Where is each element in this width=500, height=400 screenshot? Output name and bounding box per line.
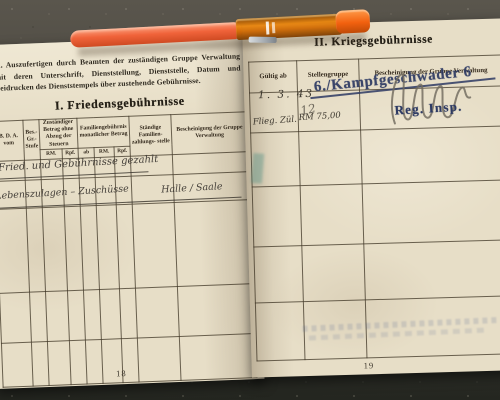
table-row: [1, 333, 257, 387]
page-number-left: 18: [116, 368, 127, 378]
col-header-zahlstelle: Ständige Familien- zahlungs- stelle: [129, 115, 173, 157]
table-row: [0, 200, 253, 294]
instruction-paragraph-a: A.Auszufertigen durch Beamten der zustän…: [0, 49, 241, 94]
peacetime-pay-table: B. D. A. vom Bes.- Gr.- Stufe Zuständige…: [0, 111, 257, 388]
photo-of-open-paybook: A.Auszufertigen durch Beamten der zustän…: [0, 0, 500, 400]
col-header-bescheinigung-left: Bescheinigung der Gruppe Verwaltung: [171, 112, 248, 155]
pen-clip: [249, 37, 277, 43]
table-row: [254, 240, 500, 303]
pen-push-button: [335, 9, 370, 34]
pen-barrel-print: [272, 22, 276, 33]
subcol-rpf-1: Rpf.: [62, 148, 78, 159]
col-header-familie: Familiengebührnis monatlicher Betrag: [77, 116, 130, 148]
pen-barrel-print: [266, 21, 270, 34]
pen-grip-section: [70, 22, 243, 48]
right-page: II. Kriegsgebührnisse Gültig ab Stelleng…: [242, 18, 500, 377]
faint-teal-stamp-remnant: [251, 153, 264, 184]
paragraph-a-label: A.: [0, 60, 3, 70]
paragraph-a-bold-2: zustehende Gebührnisse.: [118, 76, 201, 88]
table-row: [252, 180, 500, 247]
left-page: A.Auszufertigen durch Beamten der zustän…: [0, 35, 265, 389]
col-header-betrag: Zuständiger Betrag ohne Abzug der Steuer…: [39, 118, 78, 149]
table-row: [251, 126, 500, 187]
handwritten-valid-from-date: 1. 3. 43: [258, 88, 314, 102]
col-header-bda: B. D. A. vom: [0, 120, 24, 161]
page-number-right: 19: [364, 360, 375, 370]
col-header-bes-gr-stufe: Bes.- Gr.- Stufe: [23, 120, 41, 161]
